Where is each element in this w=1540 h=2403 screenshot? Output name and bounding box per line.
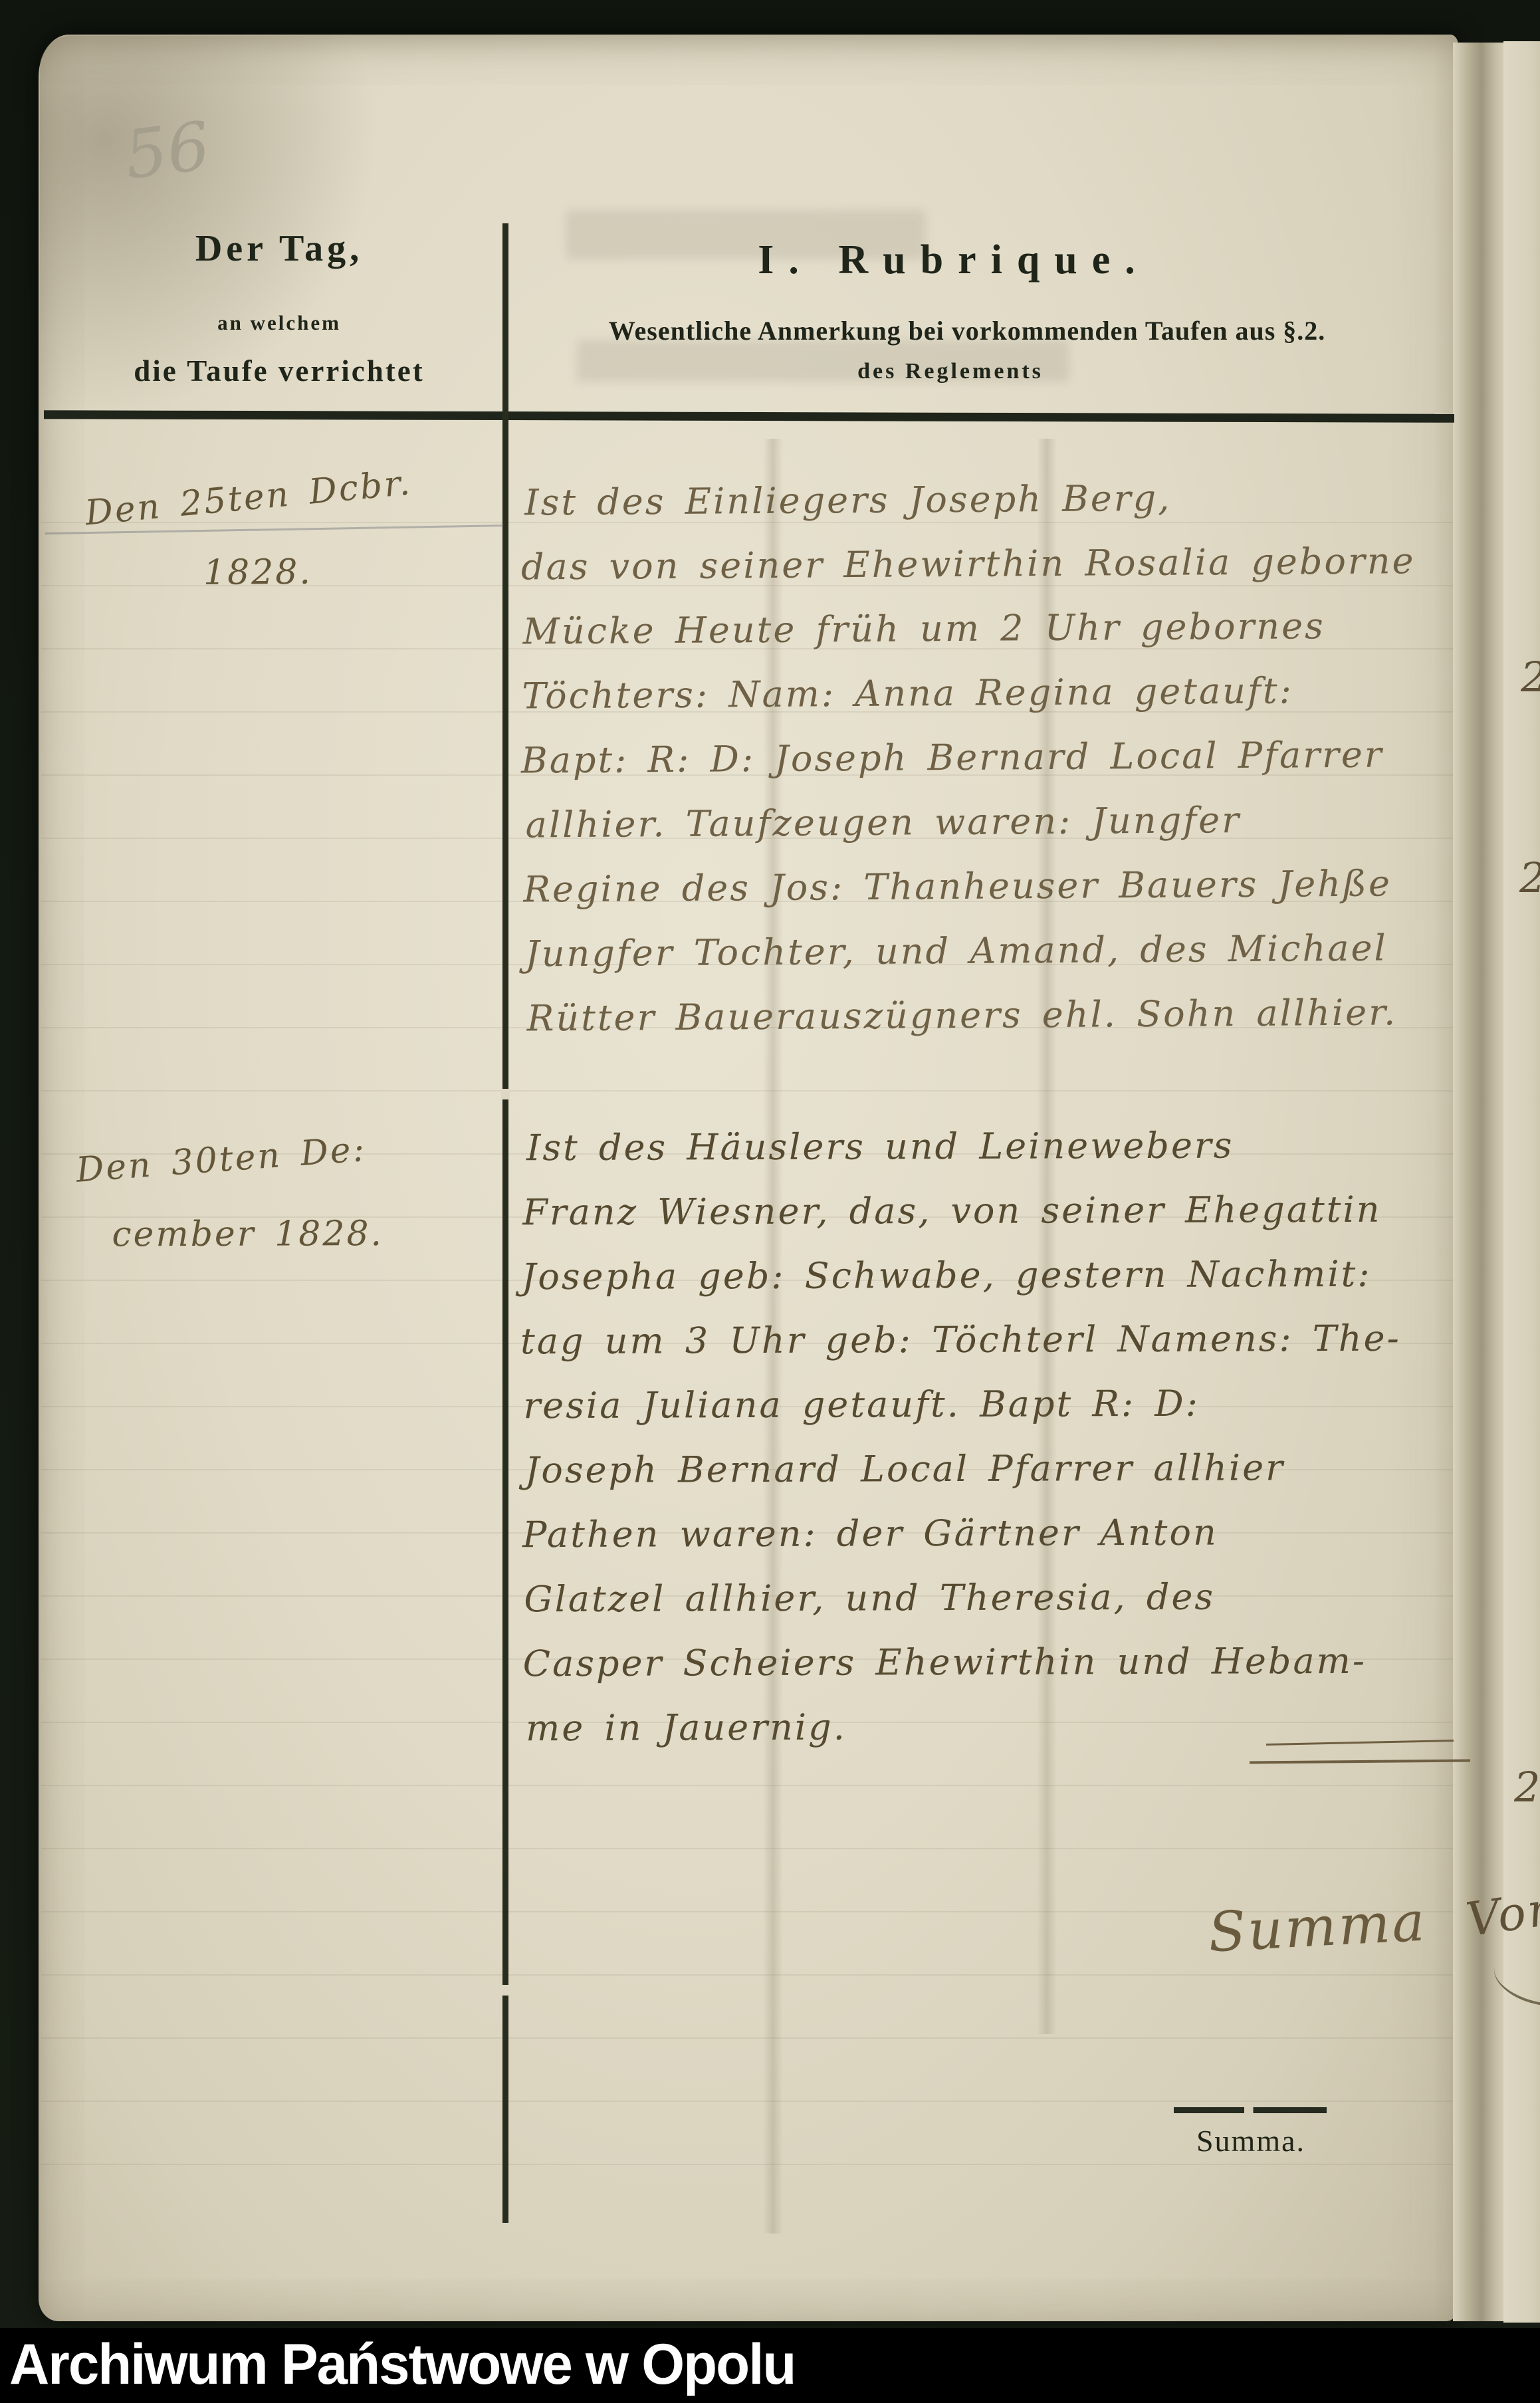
archive-watermark: Archiwum Państwowe w Opolu — [9, 2332, 795, 2398]
header-rubrique-subtitle: Wesentliche Anmerkung bei vorkommenden T… — [525, 315, 1409, 346]
scanned-register-page: 56 Der Tag, an welchem die Taufe verrich… — [0, 0, 1540, 2403]
header-left-line1: Der Tag, — [80, 227, 479, 270]
header-rubrique-subtitle2: des Reglements — [718, 359, 1183, 384]
pencil-page-number: 56 — [120, 107, 214, 195]
summa-rule — [1174, 2107, 1327, 2113]
header-rubrique-title: I. Rubrique. — [572, 237, 1336, 284]
header-left-line3: die Taufe verrichtet — [66, 354, 492, 388]
summa-printed-label: Summa. — [1170, 2123, 1332, 2158]
header-left-line2: an welchem — [80, 311, 479, 335]
divider-gap — [501, 1985, 510, 1996]
column-divider-line — [502, 223, 508, 2223]
divider-gap — [501, 1089, 510, 1099]
